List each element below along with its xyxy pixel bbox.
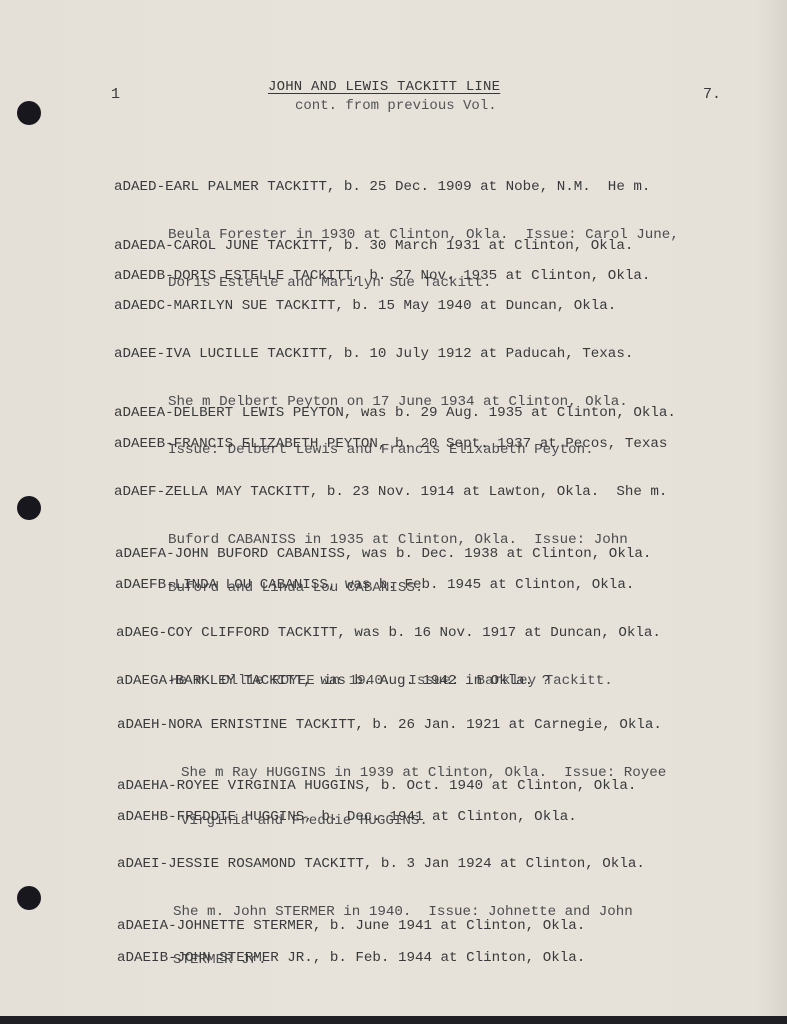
- entry-line: aDAEEB-FRANCIS ELIZABETH PEYTON, b. 20 S…: [114, 436, 667, 452]
- page-title: JOHN AND LEWIS TACKITT LINE: [268, 79, 500, 95]
- punch-hole-middle: [17, 496, 41, 520]
- entry-line: aDAEHB-FREDDIE HUGGINS, b. Dec. 1941 at …: [117, 809, 577, 825]
- entry-line: aDAEIB-JOHN STERMER JR., b. Feb. 1944 at…: [117, 950, 585, 966]
- entry-line: aDAEF-ZELLA MAY TACKITT, b. 23 Nov. 1914…: [114, 484, 667, 500]
- entry-line: aDAEI-JESSIE ROSAMOND TACKITT, b. 3 Jan …: [117, 856, 645, 872]
- entry-line: aDAEDC-MARILYN SUE TACKITT, b. 15 May 19…: [114, 298, 616, 314]
- page-number-left: 1: [111, 86, 120, 103]
- entry-line: aDAEE-IVA LUCILLE TACKITT, b. 10 July 19…: [114, 346, 633, 362]
- genealogy-entry: aDAEIB-JOHN STERMER JR., b. Feb. 1944 at…: [117, 918, 585, 982]
- page-number-right: 7.: [703, 86, 721, 103]
- entry-line: aDAEH-NORA ERNISTINE TACKITT, b. 26 Jan.…: [117, 717, 666, 733]
- entry-line: aDAEG-COY CLIFFORD TACKITT, was b. 16 No…: [116, 625, 661, 641]
- punch-hole-bottom: [17, 886, 41, 910]
- scan-bottom-edge: [0, 1016, 787, 1024]
- page-subtitle: cont. from previous Vol.: [295, 98, 497, 114]
- entry-line: aDAEFB-LINDA LOU CABANISS, was b. Feb. 1…: [115, 577, 634, 593]
- punch-hole-top: [17, 101, 41, 125]
- entry-line: aDAED-EARL PALMER TACKITT, b. 25 Dec. 19…: [114, 179, 679, 195]
